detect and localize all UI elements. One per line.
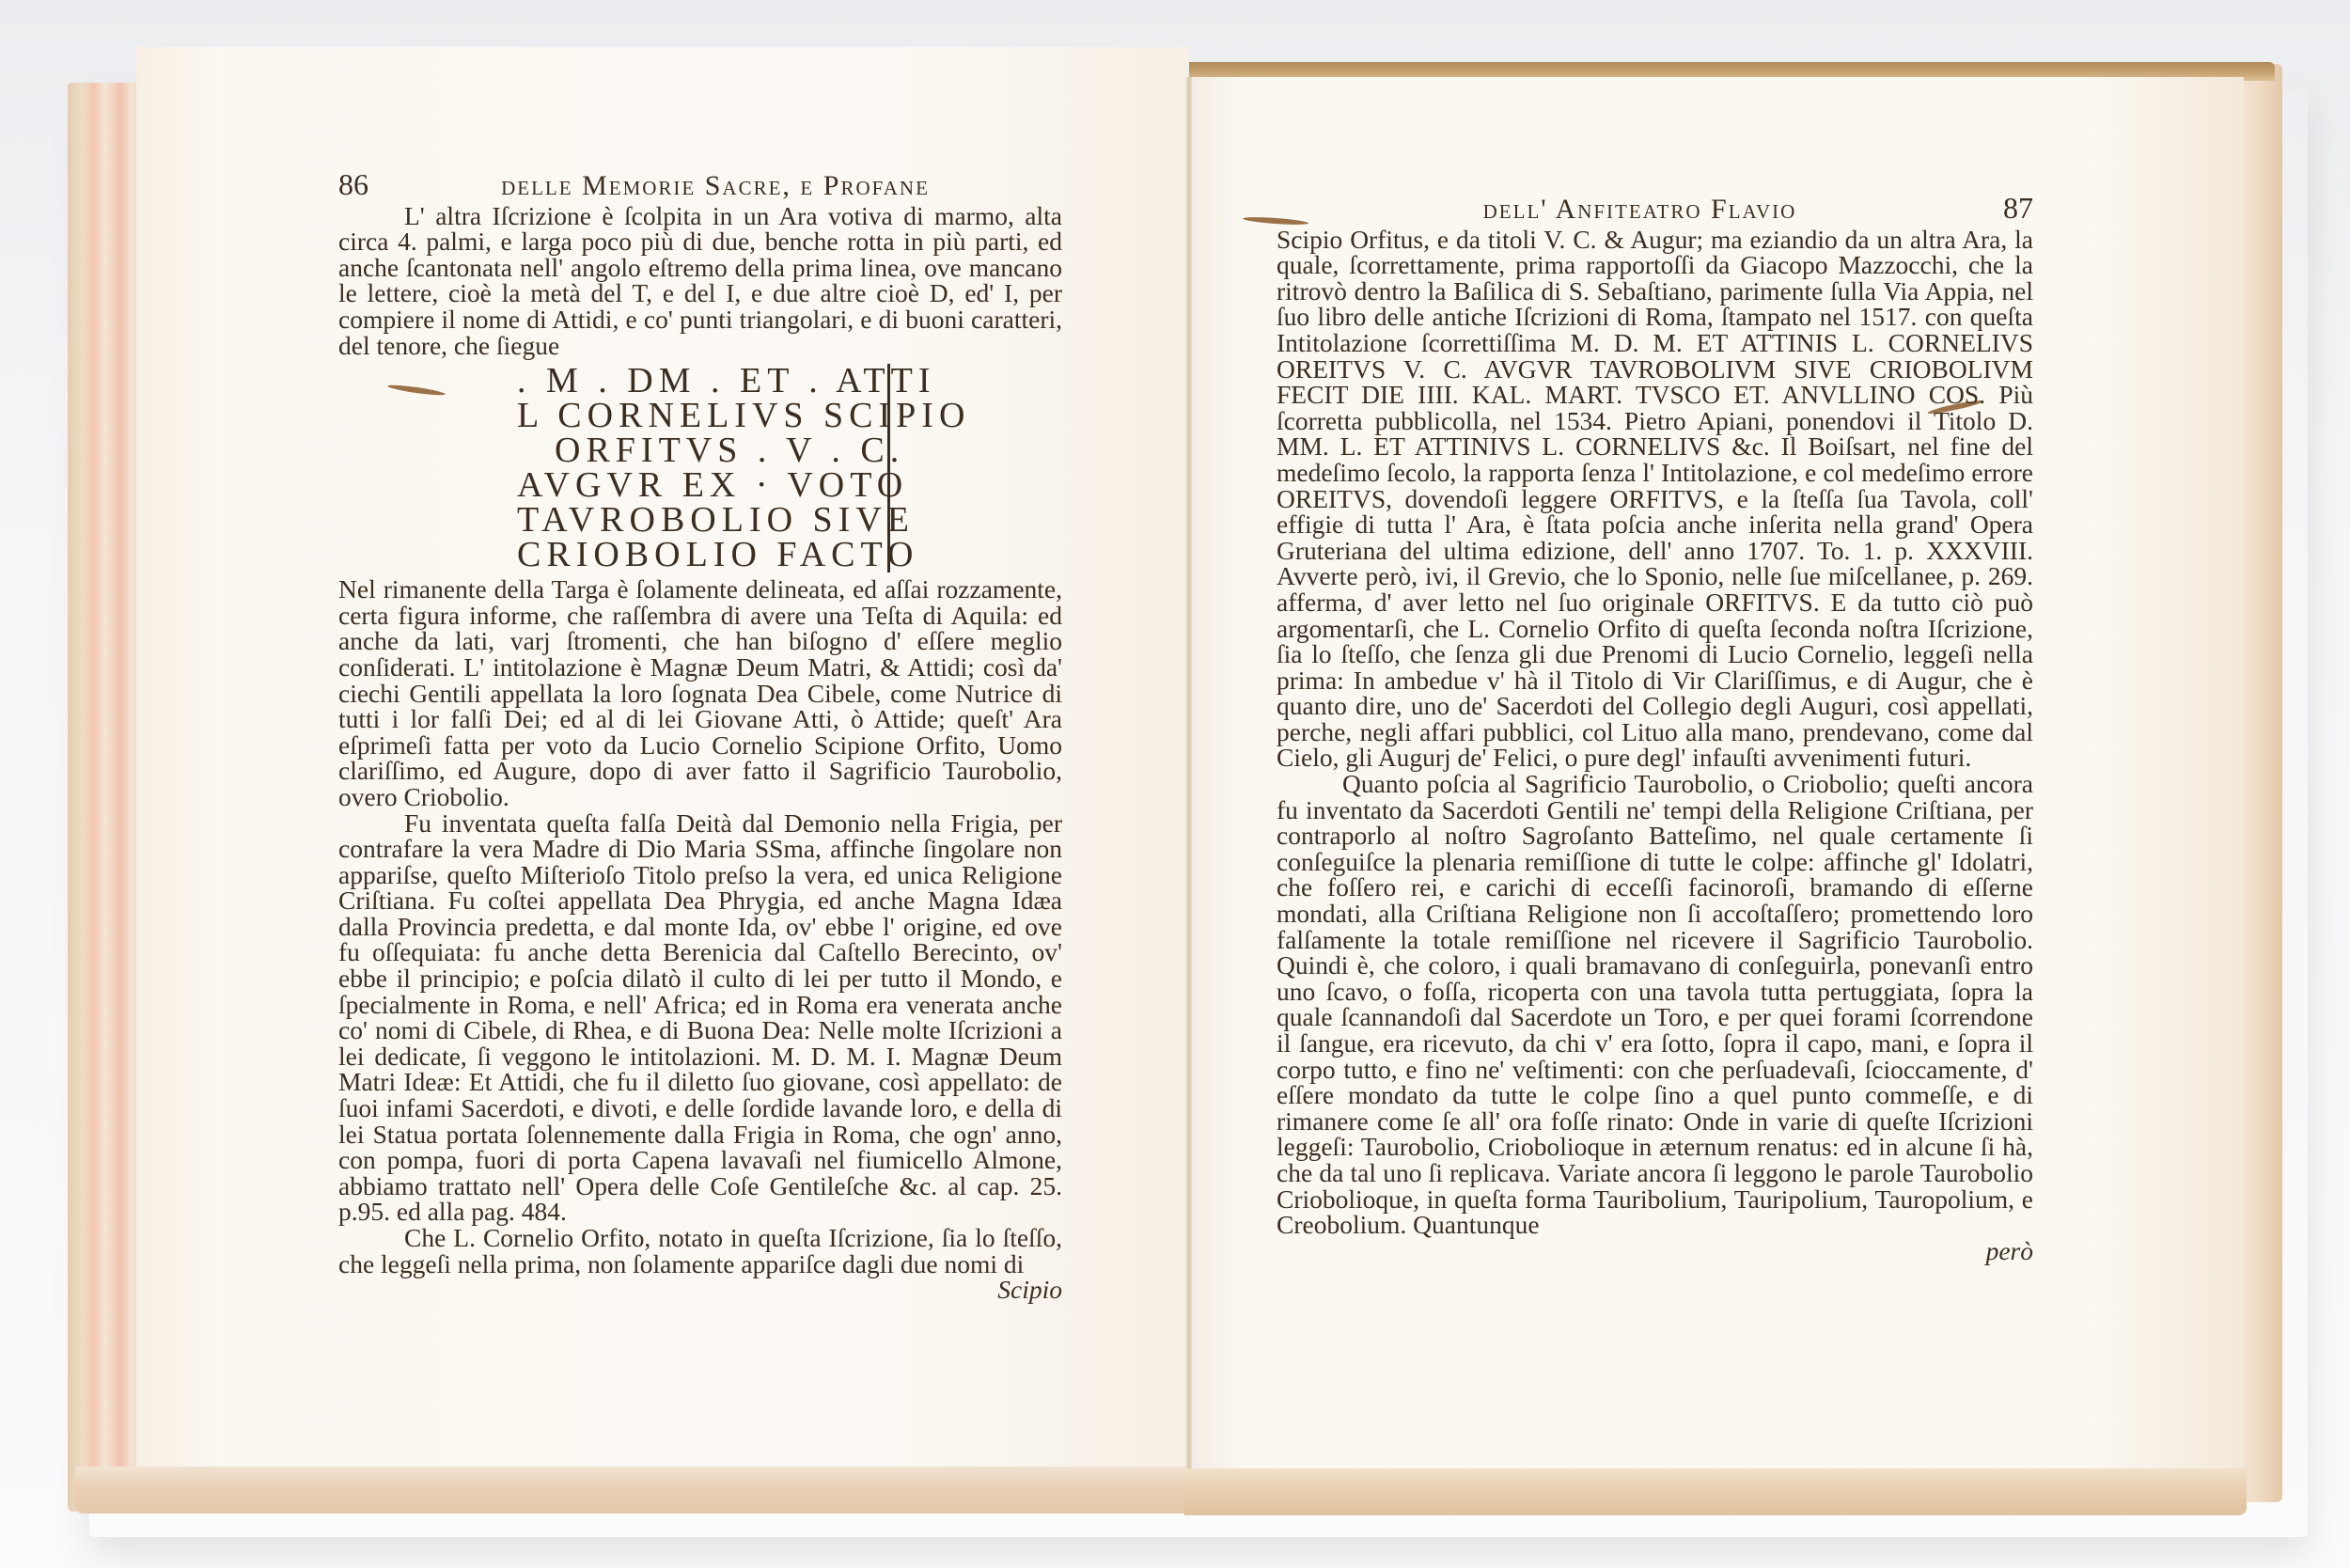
running-title: delle Memorie Sacre, e Profane (368, 173, 1062, 199)
left-page-edges (68, 83, 143, 1512)
bottom-right-page-edges (1184, 1466, 2247, 1515)
paragraph: Quanto poſcia al Sagrificio Taurobolio, … (1277, 771, 2033, 1238)
right-page-text: dell' Anfiteatro Flavio 87 Scipio Orfitu… (1277, 196, 2033, 1263)
inscription-line: L CORNELIVS SCIPIO (517, 399, 884, 433)
right-running-head: dell' Anfiteatro Flavio 87 (1277, 196, 2033, 223)
catchword: Scipio (338, 1277, 1062, 1303)
inscription-line: CRIOBOLIO FACTO (517, 538, 884, 572)
inscription-line: . M . DM . ET . ATTI (517, 364, 884, 399)
book-gutter (1186, 77, 1192, 1468)
inscription-line: TAVROBOLIO SIVE (517, 503, 884, 538)
page-number: 86 (338, 172, 368, 198)
paragraph: Scipio Orfitus, e da titoli V. C. & Augu… (1277, 227, 2033, 771)
right-page-edges (2237, 64, 2282, 1502)
running-title: dell' Anfiteatro Flavio (1277, 196, 2003, 223)
left-page-text: 86 delle Memorie Sacre, e Profane L' alt… (338, 172, 1062, 1303)
inscription-line: AVGVR EX · VOTO (517, 468, 884, 503)
paragraph: L' altra Iſcrizione è ſcolpita in un Ara… (338, 203, 1062, 359)
left-running-head: 86 delle Memorie Sacre, e Profane (338, 172, 1062, 199)
paragraph: Che L. Cornelio Orfito, notato in queſta… (338, 1225, 1062, 1277)
catchword: però (1277, 1238, 2033, 1264)
bottom-left-page-edges (75, 1466, 1184, 1513)
paragraph: Fu inventata queſta falſa Deità dal Demo… (338, 810, 1062, 1226)
inscription-line: ORFITVS . V . C. (517, 433, 884, 468)
page-number: 87 (2003, 196, 2033, 222)
paragraph: Nel rimanente della Targa è ſolamente de… (338, 576, 1062, 809)
inscription-block: . M . DM . ET . ATTI L CORNELIVS SCIPIO … (517, 364, 890, 572)
